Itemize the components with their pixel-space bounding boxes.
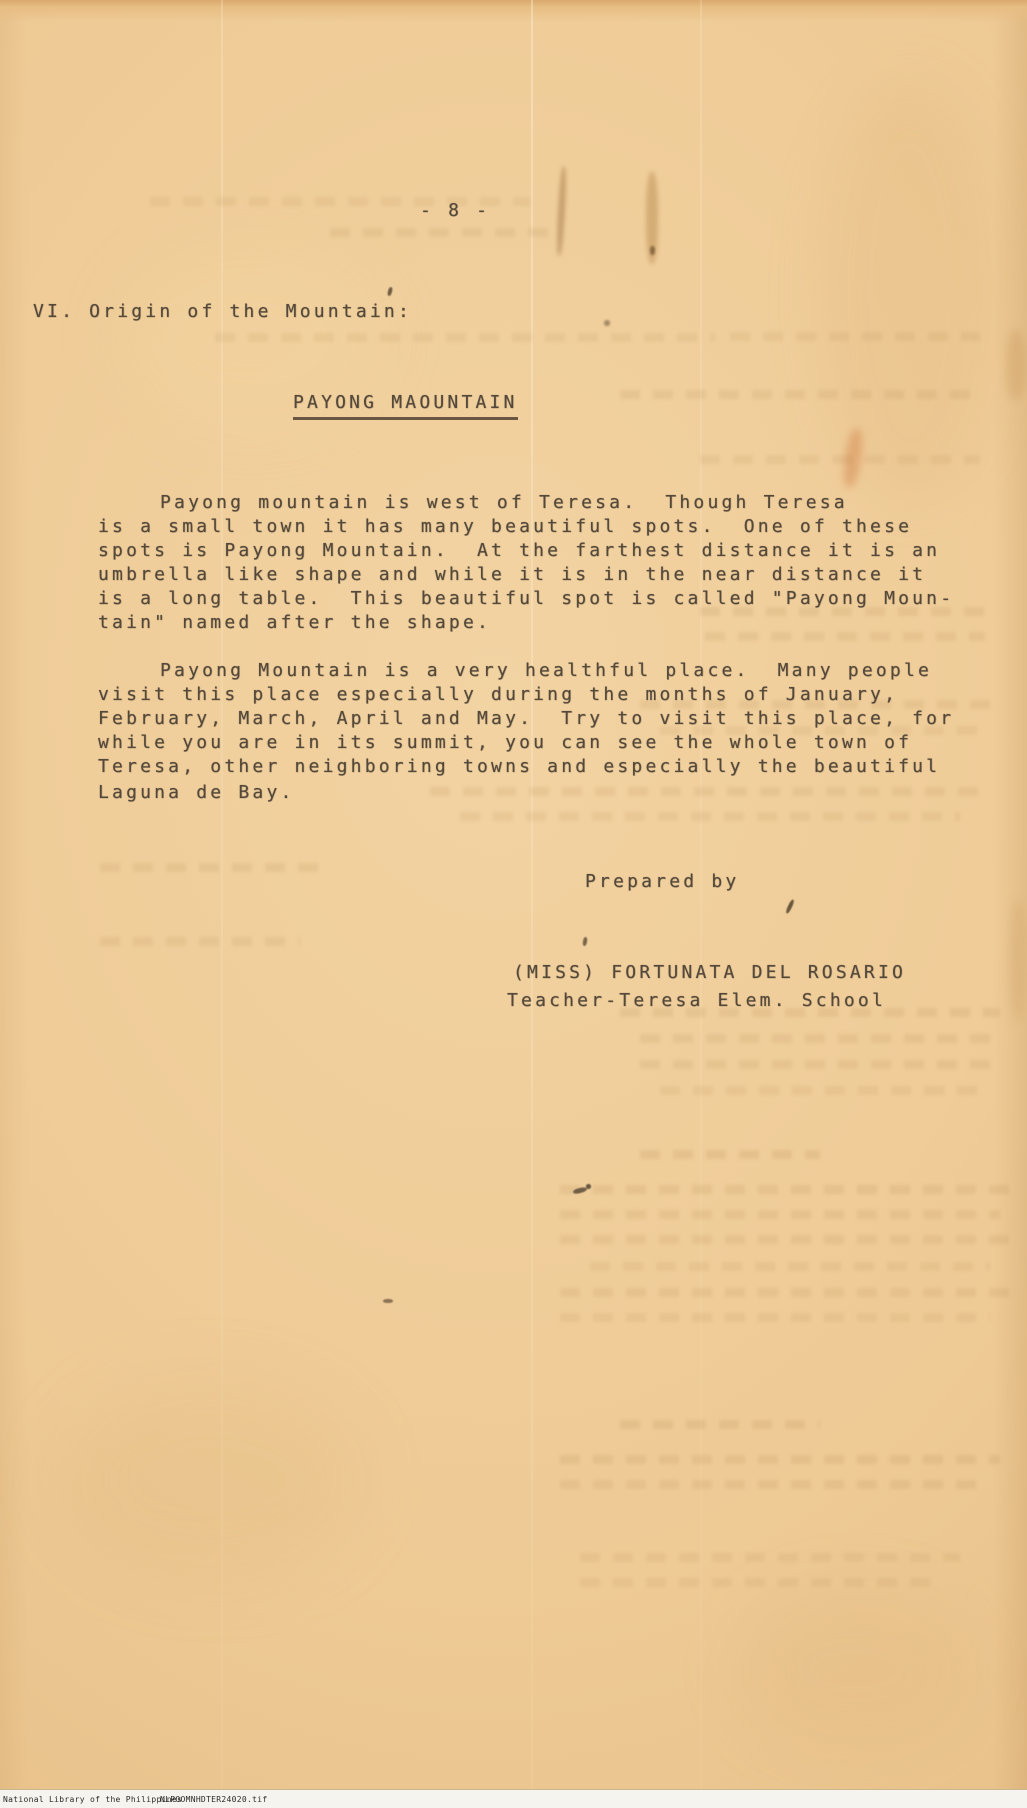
- stain: [556, 166, 568, 256]
- ghost-text-bleed: [100, 863, 330, 872]
- scanned-document-page: - 8 - VI. Origin of the Mountain: PAYONG…: [0, 0, 1027, 1808]
- ghost-text-bleed: [620, 1420, 820, 1429]
- ghost-text-bleed: [100, 937, 300, 946]
- paragraph-line: Laguna de Bay.: [98, 781, 295, 805]
- paragraph-line: tain" named after the shape.: [98, 611, 491, 635]
- ghost-text-bleed: [620, 390, 980, 399]
- paragraph-line: Payong mountain is west of Teresa. Thoug…: [160, 491, 848, 515]
- paragraph-line: Payong Mountain is a very healthful plac…: [160, 659, 932, 683]
- ghost-text-bleed: [330, 228, 550, 237]
- ghost-text-bleed: [560, 1313, 990, 1322]
- ghost-text-bleed: [730, 332, 980, 341]
- paragraph-line: Teresa, other neighboring towns and espe…: [98, 755, 940, 779]
- paragraph-line: while you are in its summit, you can see…: [98, 731, 912, 755]
- ghost-text-bleed: [460, 812, 960, 821]
- ghost-text-bleed: [560, 1455, 1000, 1464]
- ink-mark: [785, 899, 795, 914]
- prepared-by-label: Prepared by: [585, 870, 739, 894]
- ghost-text-bleed: [660, 1086, 990, 1095]
- document-title: PAYONG MAOUNTAIN: [293, 391, 518, 420]
- library-name: National Library of the Philippines: [3, 1795, 182, 1805]
- ghost-text-bleed: [430, 787, 990, 796]
- ghost-text-bleed: [590, 1262, 990, 1271]
- ghost-text-bleed: [640, 1060, 1000, 1069]
- ghost-text-bleed: [560, 1210, 1000, 1219]
- section-heading: VI. Origin of the Mountain:: [33, 300, 412, 324]
- ghost-text-bleed: [560, 1288, 1010, 1297]
- ink-mark: [383, 1299, 393, 1303]
- ink-mark: [586, 1184, 591, 1189]
- ghost-text-bleed: [215, 333, 715, 342]
- ghost-text-bleed: [640, 1150, 820, 1159]
- stain: [1006, 330, 1026, 400]
- ghost-text-bleed: [700, 455, 980, 464]
- stain: [650, 246, 655, 255]
- scan-footer-strip: National Library of the Philippines NLPO…: [0, 1789, 1027, 1808]
- paragraph-line: February, March, April and May. Try to v…: [98, 707, 954, 731]
- paper-mottle: [740, 1590, 970, 1750]
- page-number: - 8 -: [420, 199, 490, 223]
- paragraph-line: umbrella like shape and while it is in t…: [98, 563, 926, 587]
- ink-mark: [387, 287, 393, 297]
- fold-line: [221, 0, 223, 1790]
- ghost-text-bleed: [560, 1235, 1010, 1244]
- stain: [1010, 900, 1026, 1020]
- paper-mottle: [820, 80, 1000, 500]
- ghost-text-bleed: [560, 1480, 980, 1489]
- paragraph-line: is a small town it has many beautiful sp…: [98, 515, 912, 539]
- paper-mottle: [60, 1380, 360, 1580]
- ghost-text-bleed: [640, 1034, 990, 1043]
- fold-line: [531, 0, 533, 1790]
- author-name: (MISS) FORTUNATA DEL ROSARIO: [513, 961, 906, 985]
- paragraph-line: is a long table. This beautiful spot is …: [98, 587, 954, 611]
- ghost-text-bleed: [580, 1553, 960, 1562]
- ink-mark: [604, 320, 610, 326]
- author-title: Teacher-Teresa Elem. School: [507, 989, 886, 1013]
- paragraph-line: visit this place especially during the m…: [98, 683, 898, 707]
- ghost-text-bleed: [560, 1185, 1010, 1194]
- ink-mark: [582, 937, 588, 947]
- ghost-text-bleed: [705, 632, 985, 641]
- paragraph-line: spots is Payong Mountain. At the farthes…: [98, 539, 940, 563]
- scan-file-name: NLPOOMNHDTER24020.tif: [160, 1795, 267, 1805]
- ghost-text-bleed: [580, 1578, 940, 1587]
- fold-line: [700, 0, 702, 1790]
